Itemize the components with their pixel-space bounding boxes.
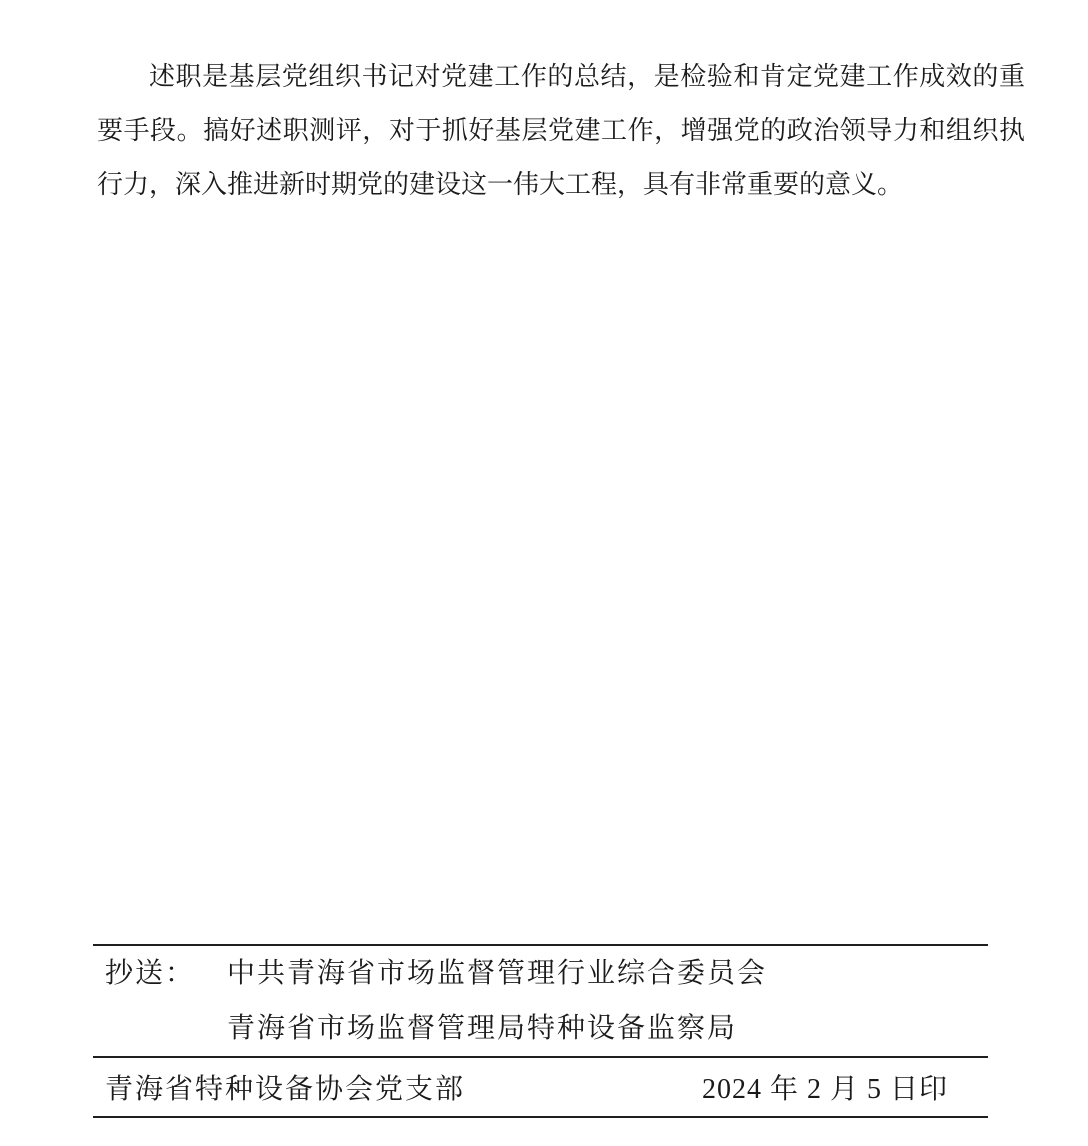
issuer-row: 青海省特种设备协会党支部 2024 年 2 月 5 日印 [93,1058,988,1118]
copy-to-row-2: 青海省市场监督管理局特种设备监察局 [93,1001,988,1056]
copy-to-row-1: 抄送： 中共青海省市场监督管理行业综合委员会 [93,946,988,1001]
copy-to-label: 抄送： [93,946,227,1001]
body-paragraph: 述职是基层党组织书记对党建工作的总结，是检验和肯定党建工作成效的重要手段。搞好述… [97,50,1025,212]
document-page: 述职是基层党组织书记对党建工作的总结，是检验和肯定党建工作成效的重要手段。搞好述… [0,0,1088,1146]
copy-to-recipient-2: 青海省市场监督管理局特种设备监察局 [227,1001,988,1056]
copy-to-recipient-1: 中共青海省市场监督管理行业综合委员会 [227,946,988,1001]
copy-to-label-spacer [93,1001,227,1056]
print-date: 2024 年 2 月 5 日印 [702,1067,948,1107]
document-footer: 抄送： 中共青海省市场监督管理行业综合委员会 青海省市场监督管理局特种设备监察局… [93,944,988,1118]
issuer-name: 青海省特种设备协会党支部 [105,1067,465,1107]
copy-to-section: 抄送： 中共青海省市场监督管理行业综合委员会 青海省市场监督管理局特种设备监察局 [93,944,988,1058]
